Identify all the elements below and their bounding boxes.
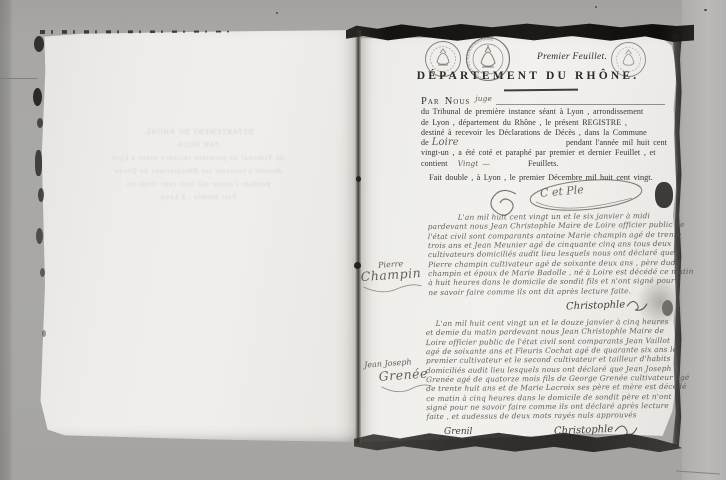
preamble-commune-row: de Loire pendant l'année mil huit cent (421, 138, 667, 148)
preamble-line: vingt-un , a été coté et paraphé par pre… (421, 148, 667, 158)
preamble-opening-row: Par Nous juge (421, 94, 667, 107)
scanner-background-right (682, 0, 726, 480)
edge-blotch (37, 118, 43, 128)
scratch-line (0, 78, 38, 79)
ghost-line: pendant l'année mil huit cent vingt-un (112, 178, 284, 191)
blank-rule (496, 96, 665, 105)
edge-blotch (36, 228, 43, 244)
preamble-line: du Tribunal de première instance séant à… (421, 107, 667, 117)
printed-word: contient (421, 159, 448, 169)
manuscript-commune: Loire (432, 138, 459, 148)
death-record-entry-1: L'an mil huit cent vingt un et le six ja… (428, 211, 673, 297)
printed-preamble: Par Nous juge du Tribunal de première in… (421, 94, 667, 182)
signature-entry-2-declarant: Grenil (444, 427, 472, 437)
showthrough-ghost-text: DÉPARTEMENT DU RHÔNE. PAR NOUS du Tribun… (112, 126, 284, 224)
ghost-line: du Tribunal de première instance séant à… (112, 152, 284, 165)
margin-surname-entry-1: Champin (360, 264, 424, 295)
scanned-register-spread: DÉPARTEMENT DU RHÔNE. PAR NOUS du Tribun… (0, 0, 726, 480)
signature-name: Christophle (554, 424, 614, 437)
manuscript-insert: juge (475, 94, 492, 104)
gutter-knot (356, 176, 361, 182)
preamble-line: de Lyon , département du Rhône , le prés… (421, 118, 667, 128)
signature-entry-2-mayor: Christophle (554, 422, 640, 439)
opening-words: Par Nous (421, 97, 470, 107)
preamble-feuillets-row: contient Vingt — Feuillets. (421, 159, 667, 169)
ghost-line: destiné à recevoir les Déclarations de D… (112, 165, 284, 178)
edge-blotch (35, 150, 42, 176)
edge-blotch (38, 188, 44, 202)
edge-blotch (34, 36, 44, 52)
signature-name: Grenil (444, 427, 472, 437)
signature-paraph-icon (625, 298, 649, 312)
printed-fragment: Feuillets. (528, 159, 559, 169)
manuscript-count: Vingt — (458, 159, 490, 169)
ghost-line: Fait double , à Lyon (112, 191, 284, 204)
death-record-entry-2: L'an mil huit cent vingt un et le douze … (426, 317, 675, 422)
dust-speck (595, 6, 597, 8)
ghost-line: DÉPARTEMENT DU RHÔNE. (112, 126, 284, 139)
department-title: DÉPARTEMENT DU RHÔNE. (398, 70, 658, 82)
margin-surname: Champin (360, 265, 421, 284)
edge-blotch (33, 88, 42, 106)
edge-blotch (40, 268, 45, 277)
edge-blotch (42, 330, 46, 337)
dust-speck (704, 9, 707, 11)
signature-name: Christophle (566, 299, 626, 312)
left-blank-page (36, 30, 358, 442)
printed-fragment: pendant l'année mil huit cent (566, 138, 667, 148)
printed-word: de (421, 138, 429, 148)
dust-speck (276, 12, 278, 14)
ghost-line: PAR NOUS (112, 139, 284, 152)
first-sheet-label: Premier Feuillet. (537, 52, 607, 62)
margin-surname: Grenée (378, 365, 428, 383)
book-gutter (355, 30, 361, 444)
signature-paraph-icon (613, 422, 639, 437)
